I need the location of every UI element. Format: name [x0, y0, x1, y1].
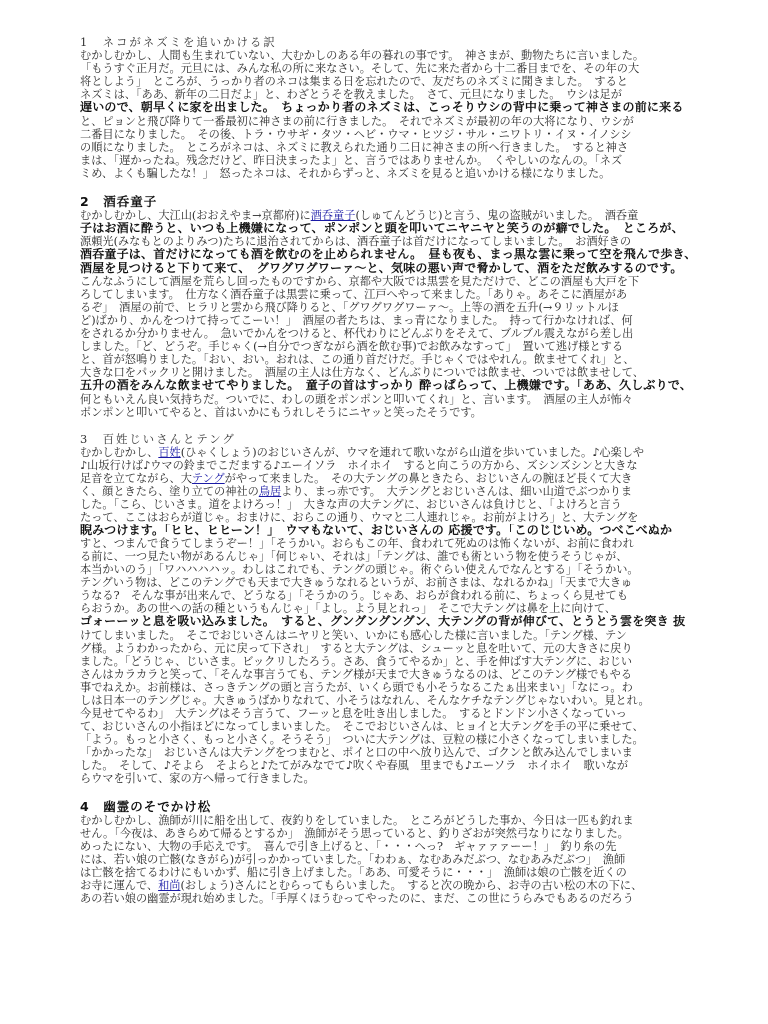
text-run: さんはカラカラと笑って、「そんな事言うても、テング様が天まで大きゅうなるのは、ど… — [80, 668, 632, 681]
text-run: たって、ここはおらが道じゃ。おまけに、おらこの通り、ウマと二人連れじゃ。お前がよ… — [80, 511, 638, 524]
text-run: まは、「遅かったね。残念だけど、昨日決まったよ」と、言うではありませんか。 くや… — [80, 154, 622, 167]
paragraph-line: むかしむかし、漁師が川に船を出して、夜釣りをしていました。 ところがどうした事か… — [80, 814, 752, 827]
text-run: より、まっ赤です。 大テングとおじいさんは、細い山道でぶつかりま — [281, 485, 632, 498]
paragraph-line: 大きな口をパックリと開けました。 酒屋の主人は仕方なく、どんぶりについでは飲ませ… — [80, 366, 752, 379]
paragraph-line: した。 そして、♪そよら そよらと♪たてがみなでて♪吹くや春風 里までも♪エーソ… — [80, 759, 752, 772]
paragraph-line: さんはカラカラと笑って、「そんな事言うても、テング様が天まで大きゅうなるのは、ど… — [80, 668, 752, 681]
story-title: 1 ネコがネズミを追いかける訳 — [80, 36, 752, 49]
glossary-link[interactable]: 百姓 — [158, 446, 180, 459]
paragraph-line: 「もうすぐ正月だ。元旦には、みんな私の所に来なさい。そして、先に来た者から十二番… — [80, 62, 752, 75]
text-run: むかしむかし、人間も生まれていない、大むかしのある年の暮れの事です。 神さまが、… — [80, 49, 644, 62]
paragraph-line: まは、「遅かったね。残念だけど、昨日決まったよ」と、言うではありませんか。 くや… — [80, 154, 752, 167]
text-run: お寺に運んで、 — [80, 879, 158, 892]
text-run: テングいう物は、どこのテングでも天まで大きゅうなれるというが、お前さまは、なれる… — [80, 576, 632, 589]
story-section: 4 幽霊のそでかけ松むかしむかし、漁師が川に船を出して、夜釣りをしていました。 … — [80, 799, 752, 905]
paragraph-line: 睨みつけます。「ヒヒ、ヒヒーン！」 ウマもないて、おじいさんの 応援です。「この… — [80, 524, 752, 538]
paragraph-line: 子はお酒に酔うと、いつも上機嫌になって、ポンポンと頭を叩いてニヤニヤと笑うのが癖… — [80, 222, 752, 236]
paragraph-line: ました。「どうじゃ、じいさま。ビックリしたろう。さあ、食うてやるか」と、手を伸ば… — [80, 655, 752, 668]
paragraph-line: ミめ、よくも騙したな！」 怒ったネコは、それからずっと、ネズミを見ると追いかける… — [80, 167, 752, 180]
paragraph-line: こんなふうにして酒屋を荒らし回ったものですから、京都や大阪では黒雲を見ただけで、… — [80, 275, 752, 288]
text-run: 「よう。もっと小さく、もっと小さく。そうそう」 ついに大テングは、豆粒の様に小さ… — [80, 733, 644, 746]
text-run: すと、つまんで食うてしまうぞー！」「そうかい。おらもこの年、食われて死ぬのは怖く… — [80, 537, 634, 550]
paragraph-line: テングいう物は、どこのテングでも天まで大きゅうなれるというが、お前さまは、なれる… — [80, 576, 752, 589]
paragraph-line: 本当かいのう」「ワハハハハッ。わしはこれでも、テングの頭じゃ。術ぐらい使えんでな… — [80, 563, 752, 576]
paragraph-line: く、顔ときたら、塗り立ての神社の鳥居より、まっ赤です。 大テングとおじいさんは、… — [80, 485, 752, 498]
text-run: しました。「ど、どうぞ。手じゃく(→自分でつぎながら酒を飲む事)でお飲みなすって… — [80, 340, 623, 353]
text-run: 源頼光(みなもとのよりみつ)たちに退治されてからは、酒呑童子は首だけになってしま… — [80, 235, 631, 248]
text-run: て、おじいさんの小指ほどになってしまいました。 そこでおじいさんは、ヒョイと大テ… — [80, 720, 644, 733]
text-run: (しゅてんどうじ)と言う、鬼の盗賊がいました。 酒呑童 — [355, 209, 638, 222]
paragraph-line: うなる? そんな事が出来んで、どうなる」「そうかのう。じゃあ、おらが食われる前に… — [80, 589, 752, 602]
paragraph-line: と、ピョンと飛び降りて一番最初に神さまの前に行きました。 それでネズミが最初の年… — [80, 115, 752, 128]
text-run: と、ピョンと飛び降りて一番最初に神さまの前に行きました。 それでネズミが最初の年… — [80, 115, 634, 128]
text-run: ろしてしまいます。 仕方なく酒呑童子は黒雲に乗って、江戸へやって来ました。「あり… — [80, 288, 627, 301]
paragraph-line: あの若い娘の幽霊が現れ始めました。「手厚くほうむってやったのに、まだ、この世にう… — [80, 892, 752, 905]
paragraph-line: した。「こら、じいさま。道をよけろっ！」 大きな声の大テングに、おじいさんは負け… — [80, 498, 752, 511]
paragraph-line: たって、ここはおらが道じゃ。おまけに、おらこの通り、ウマと二人連れじゃ。お前がよ… — [80, 511, 752, 524]
text-run: ネズミは、「ああ、新年の二日だよ」と、わざとうそを教えました。 さて、元旦になり… — [80, 88, 622, 101]
paragraph-line: 五升の酒をみんな飲ませてやりました。 童子の首はすっかり 酔っぱらって、上機嫌で… — [80, 379, 752, 393]
paragraph-line: には、若い娘の亡骸(なきがら)が引っかかっていました。「わわぁ、なむあみだぶつ、… — [80, 853, 752, 866]
text-run: 足音を立てながら、大 — [80, 472, 192, 485]
paragraph-line: ゴォーーッと息を吸い込みました。 すると、グングングングン、大テングの背が伸びて… — [80, 615, 752, 629]
glossary-link[interactable]: 和尚 — [158, 879, 180, 892]
text-run: (ひゃくしょう)のおじいさんが、ウマを連れて歌いながら山道を歩いていました。♪心… — [181, 446, 644, 459]
text-run: ました。「どうじゃ、じいさま。ビックリしたろう。さあ、食うてやるか」と、手を伸ば… — [80, 655, 632, 668]
paragraph-line: 足音を立てながら、大テングがやって来ました。 その大テングの鼻ときたら、おじいさ… — [80, 472, 752, 485]
story-title: 3 百姓じいさんとテング — [80, 433, 752, 446]
story-title: 4 幽霊のそでかけ松 — [80, 799, 752, 814]
text-run: る前に、一つ見たい物があるんじゃ」「何じゃい、それは」「テングは、誰でも術という… — [80, 550, 627, 563]
paragraph-line: 遅いので、朝早くに家を出ました。 ちょっかり者のネズミは、こっそりウシの背中に乗… — [80, 101, 752, 115]
text-run: 五升の酒をみんな飲ませてやりました。 童子の首はすっかり 酔っぱらって、上機嫌で… — [80, 379, 692, 392]
text-run: 遅いので、朝早くに家を出ました。 ちょっかり者のネズミは、こっそりウシの背中に乗… — [80, 101, 684, 114]
paragraph-line: るぞ」 酒屋の前で、ヒラリと雲から飛び降りると、「グワグワグワーァ～。上等の酒を… — [80, 301, 752, 314]
paragraph-line: 「かかったな」 おじいさんは大テングをつまむと、ポイと口の中へ放り込んで、ゴクン… — [80, 746, 752, 759]
text-run: 酒屋を見つけると下りて来て、 グワグワグワーァ～と、気味の悪い声で脅かして、酒を… — [80, 262, 683, 275]
text-run: ど)ばかり、かんをつけて持ってこーい！」 酒屋の者たちは、まっ青になりました。 … — [80, 314, 633, 327]
paragraph-line: お寺に運んで、和尚(おしょう)さんにとむらってもらいました。 すると次の晩から、… — [80, 879, 752, 892]
text-run: ♪山坂行けば♪ウマの鈴までこだまする♪エーイソラ ホイホイ すると向こうの方から… — [80, 459, 638, 472]
paragraph-line: らウマを引いて、家の方へ帰って行きました。 — [80, 772, 752, 785]
text-run: がやって来ました。 その大テングの鼻ときたら、おじいさんの腕ほど長くて大き — [225, 472, 633, 485]
paragraph-line: むかしむかし、人間も生まれていない、大むかしのある年の暮れの事です。 神さまが、… — [80, 49, 752, 62]
text-run: には、若い娘の亡骸(なきがら)が引っかかっていました。「わわぁ、なむあみだぶつ、… — [80, 853, 625, 866]
story-section: 1 ネコがネズミを追いかける訳むかしむかし、人間も生まれていない、大むかしのある… — [80, 36, 752, 180]
paragraph-line: 酒屋を見つけると下りて来て、 グワグワグワーァ～と、気味の悪い声で脅かして、酒を… — [80, 262, 752, 276]
text-run: めったにない、大物の手応えです。 喜んで引き上げると、「・・・へっ? ギャァァァ… — [80, 840, 616, 853]
text-run: こんなふうにして酒屋を荒らし回ったものですから、京都や大阪では黒雲を見ただけで、… — [80, 275, 639, 288]
text-run: は亡骸を捨てるわけにもいかず、船に引き上げました。「ああ、可愛そうに・・・」 漁… — [80, 866, 627, 879]
paragraph-line: をされるか分かりません。 急いでかんをつけると、杯代わりにどんぶりをそえて、ブル… — [80, 327, 752, 340]
text-run: 今見せてやるわ」 大テングはそう言うて、フーッと息を吐き出しました。 するとドン… — [80, 707, 627, 720]
text-run: むかしむかし、漁師が川に船を出して、夜釣りをしていました。 ところがどうした事か… — [80, 814, 634, 827]
paragraph-line: 今見せてやるわ」 大テングはそう言うて、フーッと息を吐き出しました。 するとドン… — [80, 707, 752, 720]
text-run: 二番目になりました。 その後、トラ・ウサギ・タツ・ヘビ・ウマ・ヒツジ・サル・ニワ… — [80, 128, 631, 141]
paragraph-line: は亡骸を捨てるわけにもいかず、船に引き上げました。「ああ、可愛そうに・・・」 漁… — [80, 866, 752, 879]
paragraph-line: ネズミは、「ああ、新年の二日だよ」と、わざとうそを教えました。 さて、元旦になり… — [80, 88, 752, 101]
text-run: ゴォーーッと息を吸い込みました。 すると、グングングングン、大テングの背が伸びて… — [80, 615, 685, 628]
paragraph-line: 源頼光(みなもとのよりみつ)たちに退治されてからは、酒呑童子は首だけになってしま… — [80, 235, 752, 248]
paragraph-line: 二番目になりました。 その後、トラ・ウサギ・タツ・ヘビ・ウマ・ヒツジ・サル・ニワ… — [80, 128, 752, 141]
text-run: 大きな口をパックリと開けました。 酒屋の主人は仕方なく、どんぶりについでは飲ませ… — [80, 366, 644, 379]
text-run: 睨みつけます。「ヒヒ、ヒヒーン！」 ウマもないて、おじいさんの 応援です。「この… — [80, 524, 672, 537]
text-run: うなる? そんな事が出来んで、どうなる」「そうかのう。じゃあ、おらが食われる前に… — [80, 589, 628, 602]
story-section: 3 百姓じいさんとテングむかしむかし、百姓(ひゃくしょう)のおじいさんが、ウマを… — [80, 433, 752, 785]
text-run: をされるか分かりません。 急いでかんをつけると、杯代わりにどんぶりをそえて、ブル… — [80, 327, 633, 340]
text-run: した。 そして、♪そよら そよらと♪たてがみなでて♪吹くや春風 里までも♪エーソ… — [80, 759, 628, 772]
document-page: 1 ネコがネズミを追いかける訳むかしむかし、人間も生まれていない、大むかしのある… — [80, 36, 752, 905]
glossary-link[interactable]: 酒呑童子 — [311, 209, 356, 222]
text-run: せん。「今夜は、あきらめて帰るとするか」 漁師がそう思っていると、釣りざおが突然… — [80, 827, 629, 840]
text-run: けてしまいました。 そこでおじいさんはニヤリと笑い、いかにも感心した様に言いまし… — [80, 629, 627, 642]
paragraph-line: むかしむかし、百姓(ひゃくしょう)のおじいさんが、ウマを連れて歌いながら山道を歩… — [80, 446, 752, 459]
text-run: あの若い娘の幽霊が現れ始めました。「手厚くほうむってやったのに、まだ、この世にう… — [80, 892, 634, 905]
paragraph-line: 「よう。もっと小さく、もっと小さく。そうそう」 ついに大テングは、豆粒の様に小さ… — [80, 733, 752, 746]
paragraph-line: の順になりました。 ところがネコは、ネズミに教えられた通り二日に神さまの所へ行き… — [80, 141, 752, 154]
text-run: ミめ、よくも騙したな！」 怒ったネコは、それからずっと、ネズミを見ると追いかける… — [80, 167, 610, 180]
text-run: 事でねえか。お前様は、さっきテングの頭と言うたが、いくら頭でも小そうなるこたぁ出… — [80, 681, 633, 694]
paragraph-line: けてしまいました。 そこでおじいさんはニヤリと笑い、いかにも感心した様に言いまし… — [80, 629, 752, 642]
paragraph-line: と、首が怒鳴りました。「おい、おい。おれは、この通り首だけだ。手じゃくではやれん… — [80, 353, 752, 366]
text-run: グ様。ようわかったから、元に戻って下され」 すると大テングは、シューッと息を吐い… — [80, 642, 633, 655]
paragraph-line: せん。「今夜は、あきらめて帰るとするか」 漁師がそう思っていると、釣りざおが突然… — [80, 827, 752, 840]
paragraph-line: 何ともいえん良い気持ちだ。ついでに、わしの頭をポンポンと叩いてくれ」と、言います… — [80, 393, 752, 406]
paragraph-line: る前に、一つ見たい物があるんじゃ」「何じゃい、それは」「テングは、誰でも術という… — [80, 550, 752, 563]
text-run: 酒呑童子は、首だけになっても酒を飲むのを止められません。 昼も夜も、まっ黒な雲に… — [80, 248, 696, 261]
text-run: 「かかったな」 おじいさんは大テングをつまむと、ポイと口の中へ放り込んで、ゴクン… — [80, 746, 633, 759]
glossary-link[interactable]: 鳥居 — [259, 485, 281, 498]
text-run: らおうか。あの世への話の種というもんじゃ」「よし。よう見とれっ」 そこで大テング… — [80, 602, 616, 615]
text-run: く、顔ときたら、塗り立ての神社の — [80, 485, 259, 498]
paragraph-line: めったにない、大物の手応えです。 喜んで引き上げると、「・・・へっ? ギャァァァ… — [80, 840, 752, 853]
text-run: と、首が怒鳴りました。「おい、おい。おれは、この通り首だけだ。手じゃくではやれん… — [80, 353, 634, 366]
paragraph-line: グ様。ようわかったから、元に戻って下され」 すると大テングは、シューッと息を吐い… — [80, 642, 752, 655]
text-run: 子はお酒に酔うと、いつも上機嫌になって、ポンポンと頭を叩いてニヤニヤと笑うのが癖… — [80, 222, 684, 235]
text-run: 何ともいえん良い気持ちだ。ついでに、わしの頭をポンポンと叩いてくれ」と、言います… — [80, 393, 633, 406]
paragraph-line: て、おじいさんの小指ほどになってしまいました。 そこでおじいさんは、ヒョイと大テ… — [80, 720, 752, 733]
text-run: らウマを引いて、家の方へ帰って行きました。 — [80, 772, 315, 785]
paragraph-line: 事でねえか。お前様は、さっきテングの頭と言うたが、いくら頭でも小そうなるこたぁ出… — [80, 681, 752, 694]
text-run: 将としよう」 ところが、うっかり者のネコは集まる日を忘れたので、友だちのネズミに… — [80, 75, 628, 88]
paragraph-line: 将としよう」 ところが、うっかり者のネコは集まる日を忘れたので、友だちのネズミに… — [80, 75, 752, 88]
text-run: 本当かいのう」「ワハハハハッ。わしはこれでも、テングの頭じゃ。術ぐらい使えんでな… — [80, 563, 639, 576]
text-run: (おしょう)さんにとむらってもらいました。 すると次の晩から、お寺の古い松の木の… — [180, 879, 642, 892]
text-run: した。「こら、じいさま。道をよけろっ！」 大きな声の大テングに、おじいさんは負け… — [80, 498, 622, 511]
paragraph-line: ろしてしまいます。 仕方なく酒呑童子は黒雲に乗って、江戸へやって来ました。「あり… — [80, 288, 752, 301]
story-section: 2 酒呑童子むかしむかし、大江山(おおえやま→京都府)に酒呑童子(しゅてんどうじ… — [80, 194, 752, 419]
text-run: 「もうすぐ正月だ。元旦には、みんな私の所に来なさい。そして、先に来た者から十二番… — [80, 62, 639, 75]
text-run: しは日本一のテングじゃ。大きゅうばかりなれて、小そうはなれん、そんなケチなテング… — [80, 694, 650, 707]
glossary-link[interactable]: テング — [192, 472, 225, 485]
paragraph-line: すと、つまんで食うてしまうぞー！」「そうかい。おらもこの年、食われて死ぬのは怖く… — [80, 537, 752, 550]
paragraph-line: らおうか。あの世への話の種というもんじゃ」「よし。よう見とれっ」 そこで大テング… — [80, 602, 752, 615]
text-run: るぞ」 酒屋の前で、ヒラリと雲から飛び降りると、「グワグワグワーァ～。上等の酒を… — [80, 301, 619, 314]
paragraph-line: しました。「ど、どうぞ。手じゃく(→自分でつぎながら酒を飲む事)でお飲みなすって… — [80, 340, 752, 353]
paragraph-line: しは日本一のテングじゃ。大きゅうばかりなれて、小そうはなれん、そんなケチなテング… — [80, 694, 752, 707]
text-run: むかしむかし、 — [80, 446, 158, 459]
paragraph-line: 酒呑童子は、首だけになっても酒を飲むのを止められません。 昼も夜も、まっ黒な雲に… — [80, 248, 752, 262]
text-run: むかしむかし、大江山(おおえやま→京都府)に — [80, 209, 311, 222]
paragraph-line: ポンポンと叩いてやると、首はいかにもうれしそうにニヤッと笑ったそうです。 — [80, 406, 752, 419]
story-title: 2 酒呑童子 — [80, 194, 752, 209]
paragraph-line: むかしむかし、大江山(おおえやま→京都府)に酒呑童子(しゅてんどうじ)と言う、鬼… — [80, 209, 752, 222]
paragraph-line: ♪山坂行けば♪ウマの鈴までこだまする♪エーイソラ ホイホイ すると向こうの方から… — [80, 459, 752, 472]
text-run: ポンポンと叩いてやると、首はいかにもうれしそうにニヤッと笑ったそうです。 — [80, 406, 482, 419]
paragraph-line: ど)ばかり、かんをつけて持ってこーい！」 酒屋の者たちは、まっ青になりました。 … — [80, 314, 752, 327]
text-run: の順になりました。 ところがネコは、ネズミに教えられた通り二日に神さまの所へ行き… — [80, 141, 628, 154]
